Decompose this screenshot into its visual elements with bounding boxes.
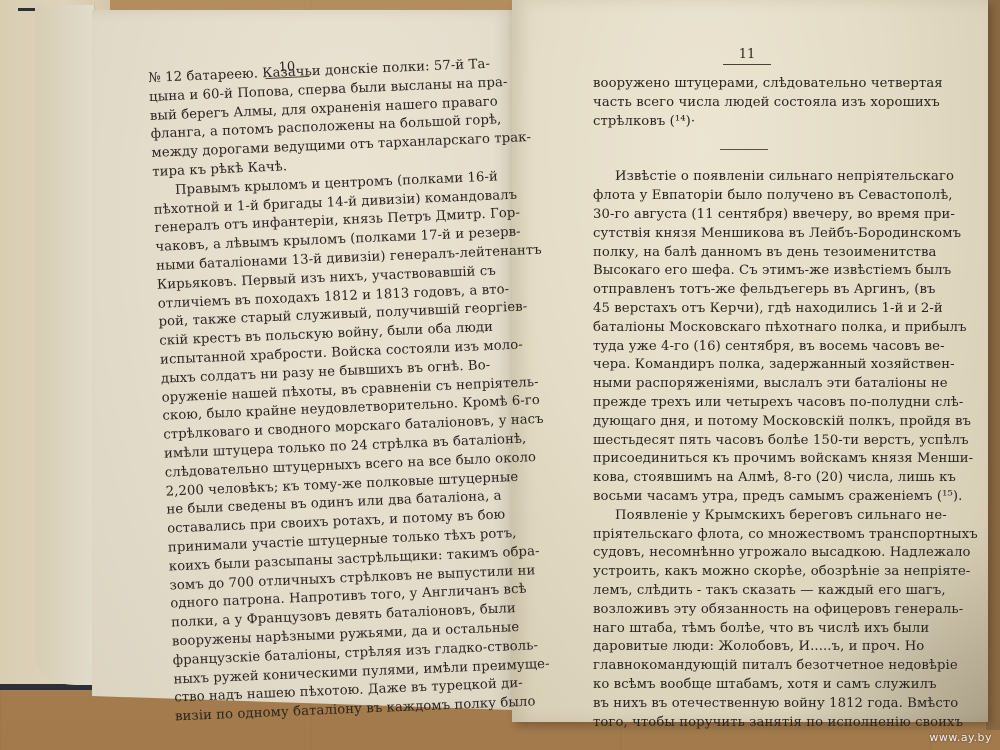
text-line: 30-го августа (11 сентября) ввечеру, во … <box>593 206 895 225</box>
text-line: прежде трехъ или четырехъ часовъ по-полу… <box>593 394 895 413</box>
text-line: устроить, какъ можно скорѣе, обозрѣніе з… <box>593 563 895 582</box>
text-line: пріятельскаго флота, со множествомъ тран… <box>593 526 895 545</box>
text-line: Высокаго его шефа. Съ этимъ-же извѣстіем… <box>593 262 895 281</box>
text-line: кова, стоявшимъ на Алмѣ, 8-го (20) числа… <box>593 469 895 488</box>
right-page-text: вооружено штуцерами, слѣдовательно четве… <box>593 75 895 732</box>
text-line: ко всѣмъ вообще штабамъ, хотя и самъ слу… <box>593 676 895 695</box>
text-line: наго штаба, тѣмъ болѣе, что въ числѣ ихъ… <box>593 620 895 639</box>
text-line: восьми часамъ утра, предъ самымъ сражені… <box>593 488 895 507</box>
section-separator <box>720 149 768 150</box>
text-line: судовъ, несомнѣнно угрожало высадкою. На… <box>593 544 895 563</box>
text-line: флота у Евпаторіи было получено въ Севас… <box>593 187 895 206</box>
text-line: полку, на балѣ данномъ въ день тезоимени… <box>593 244 895 263</box>
text-line: Появленіе у Крымскихъ береговъ сильнаго … <box>593 507 895 526</box>
text-line: шестьдесят пять часовъ болѣе 150-ти верс… <box>593 432 895 451</box>
table-edge <box>986 0 1000 730</box>
right-page-number: 11 <box>722 47 772 65</box>
text-line: дующаго дня, и потому Московскій полкъ, … <box>593 413 895 432</box>
text-line: 45 верстахъ отъ Керчи), гдѣ находились 1… <box>593 300 895 319</box>
text-line: ными распоряженіями, выслалъ эти баталіо… <box>593 375 895 394</box>
text-line: отправленъ тотъ-же фельдъегерь въ Аргинъ… <box>593 281 895 300</box>
text-line: возложивъ эту обязанность на офицеровъ г… <box>593 601 895 620</box>
text-line: главнокомандующій питалъ безотчетное нед… <box>593 657 895 676</box>
text-line: чера. Командиръ полка, задержанный хозяй… <box>593 356 895 375</box>
page-number-text: 11 <box>739 47 756 62</box>
text-line: часть всего числа людей состояла изъ хор… <box>593 94 895 113</box>
text-line: въ нихъ въ отечественную войну 1812 года… <box>593 695 895 714</box>
page-stack <box>35 5 95 685</box>
text-line: стрѣлковъ (¹⁴)· <box>593 113 895 132</box>
text-line: Извѣстіе о появленіи сильнаго непріятель… <box>593 168 895 187</box>
right-page-paragraph-top: вооружено штуцерами, слѣдовательно четве… <box>593 75 895 131</box>
text-line: даровитые люди: Жолобовъ, И.....ъ, и про… <box>593 638 895 657</box>
right-page-paragraph-bottom: Извѣстіе о появленіи сильнаго непріятель… <box>593 168 895 732</box>
watermark: www.ay.by <box>929 731 992 744</box>
text-line: лемъ, слѣдить - такъ сказать — каждый ег… <box>593 582 895 601</box>
left-page-text: № 12 батареею. Казачьи донскіе полки: 57… <box>148 58 453 727</box>
text-line: того, чтобы поручить занятія по исполнен… <box>593 714 895 733</box>
text-line: сутствія князя Меншикова въ Лейбъ-Бороди… <box>593 225 895 244</box>
text-line: вооружено штуцерами, слѣдовательно четве… <box>593 75 895 94</box>
text-line: туда уже 4-го (16) сентября, въ восемь ч… <box>593 338 895 357</box>
page-number-rule <box>723 64 771 65</box>
text-line: присоединиться къ прочимъ войскамъ князя… <box>593 450 895 469</box>
text-line: баталіоны Московскаго пѣхотнаго полка, и… <box>593 319 895 338</box>
